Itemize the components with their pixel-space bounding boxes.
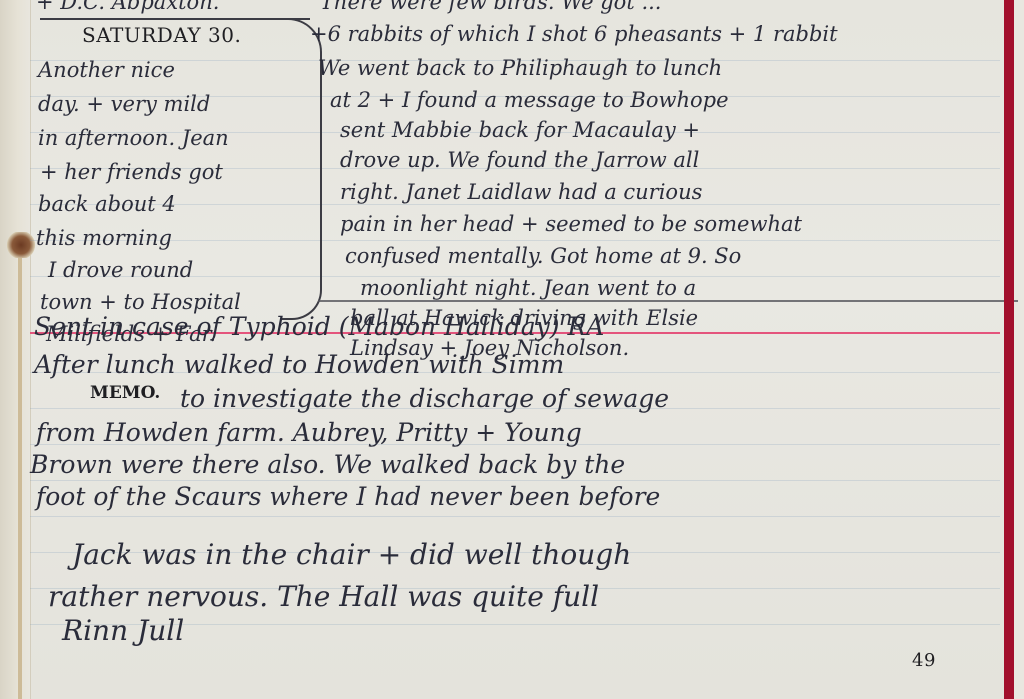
right-line: +6 rabbits of which I shot 6 pheasants +… xyxy=(310,22,838,46)
right-line: sent Mabbie back for Macaulay + xyxy=(340,118,700,142)
right-line: pain in her head + seemed to be somewhat xyxy=(340,212,802,236)
left-line: this morning xyxy=(36,226,172,250)
page-number: 49 xyxy=(912,650,936,671)
left-line: in afternoon. Jean xyxy=(38,126,229,150)
right-line: moonlight night. Jean went to a xyxy=(360,276,696,300)
left-line: + her friends got xyxy=(40,160,223,184)
memo-label: MEMO. xyxy=(90,383,160,403)
right-line: confused mentally. Got home at 9. So xyxy=(345,244,741,268)
full-line: After lunch walked to Howden with Simm xyxy=(34,350,564,379)
day-heading: SATURDAY 30. xyxy=(82,23,241,47)
left-line: day. + very mild xyxy=(38,92,210,116)
right-line: drove up. We found the Jarrow all xyxy=(340,148,699,172)
carryover-right: There were few birds. We got ... xyxy=(320,0,661,14)
left-line: town + to Hospital xyxy=(40,290,241,314)
binding-knot xyxy=(6,232,36,258)
full-line: Brown were there also. We walked back by… xyxy=(30,450,625,479)
ink-bracket xyxy=(280,18,322,320)
ruled-line xyxy=(30,516,1000,517)
page-gutter xyxy=(0,0,31,699)
carryover-left: + D.C. Abpaxton. xyxy=(36,0,219,14)
left-line: back about 4 xyxy=(38,192,176,216)
right-line: at 2 + I found a message to Bowhope xyxy=(330,88,729,112)
ruled-line xyxy=(30,240,1000,241)
left-line: Another nice xyxy=(38,58,175,82)
red-page-edge xyxy=(1004,0,1014,699)
bottom-line: Jack was in the chair + did well though xyxy=(72,538,631,571)
binding-thread xyxy=(18,236,22,699)
full-line: Sent in case of Typhoid (Mabon Halliday)… xyxy=(34,312,604,341)
ink-underline xyxy=(318,300,1018,302)
bottom-line: Rinn Jull xyxy=(62,614,184,647)
diary-page: + D.C. Abpaxton. There were few birds. W… xyxy=(0,0,1014,699)
full-line: to investigate the discharge of sewage xyxy=(180,384,669,413)
right-line: We went back to Philiphaugh to lunch xyxy=(318,56,722,80)
full-line: from Howden farm. Aubrey, Pritty + Young xyxy=(36,418,582,447)
top-divider-line xyxy=(40,18,310,20)
right-line: right. Janet Laidlaw had a curious xyxy=(340,180,702,204)
bottom-line: rather nervous. The Hall was quite full xyxy=(48,580,599,613)
full-line: foot of the Scaurs where I had never bee… xyxy=(36,482,660,511)
ruled-line xyxy=(30,480,1000,481)
left-line: I drove round xyxy=(48,258,193,282)
